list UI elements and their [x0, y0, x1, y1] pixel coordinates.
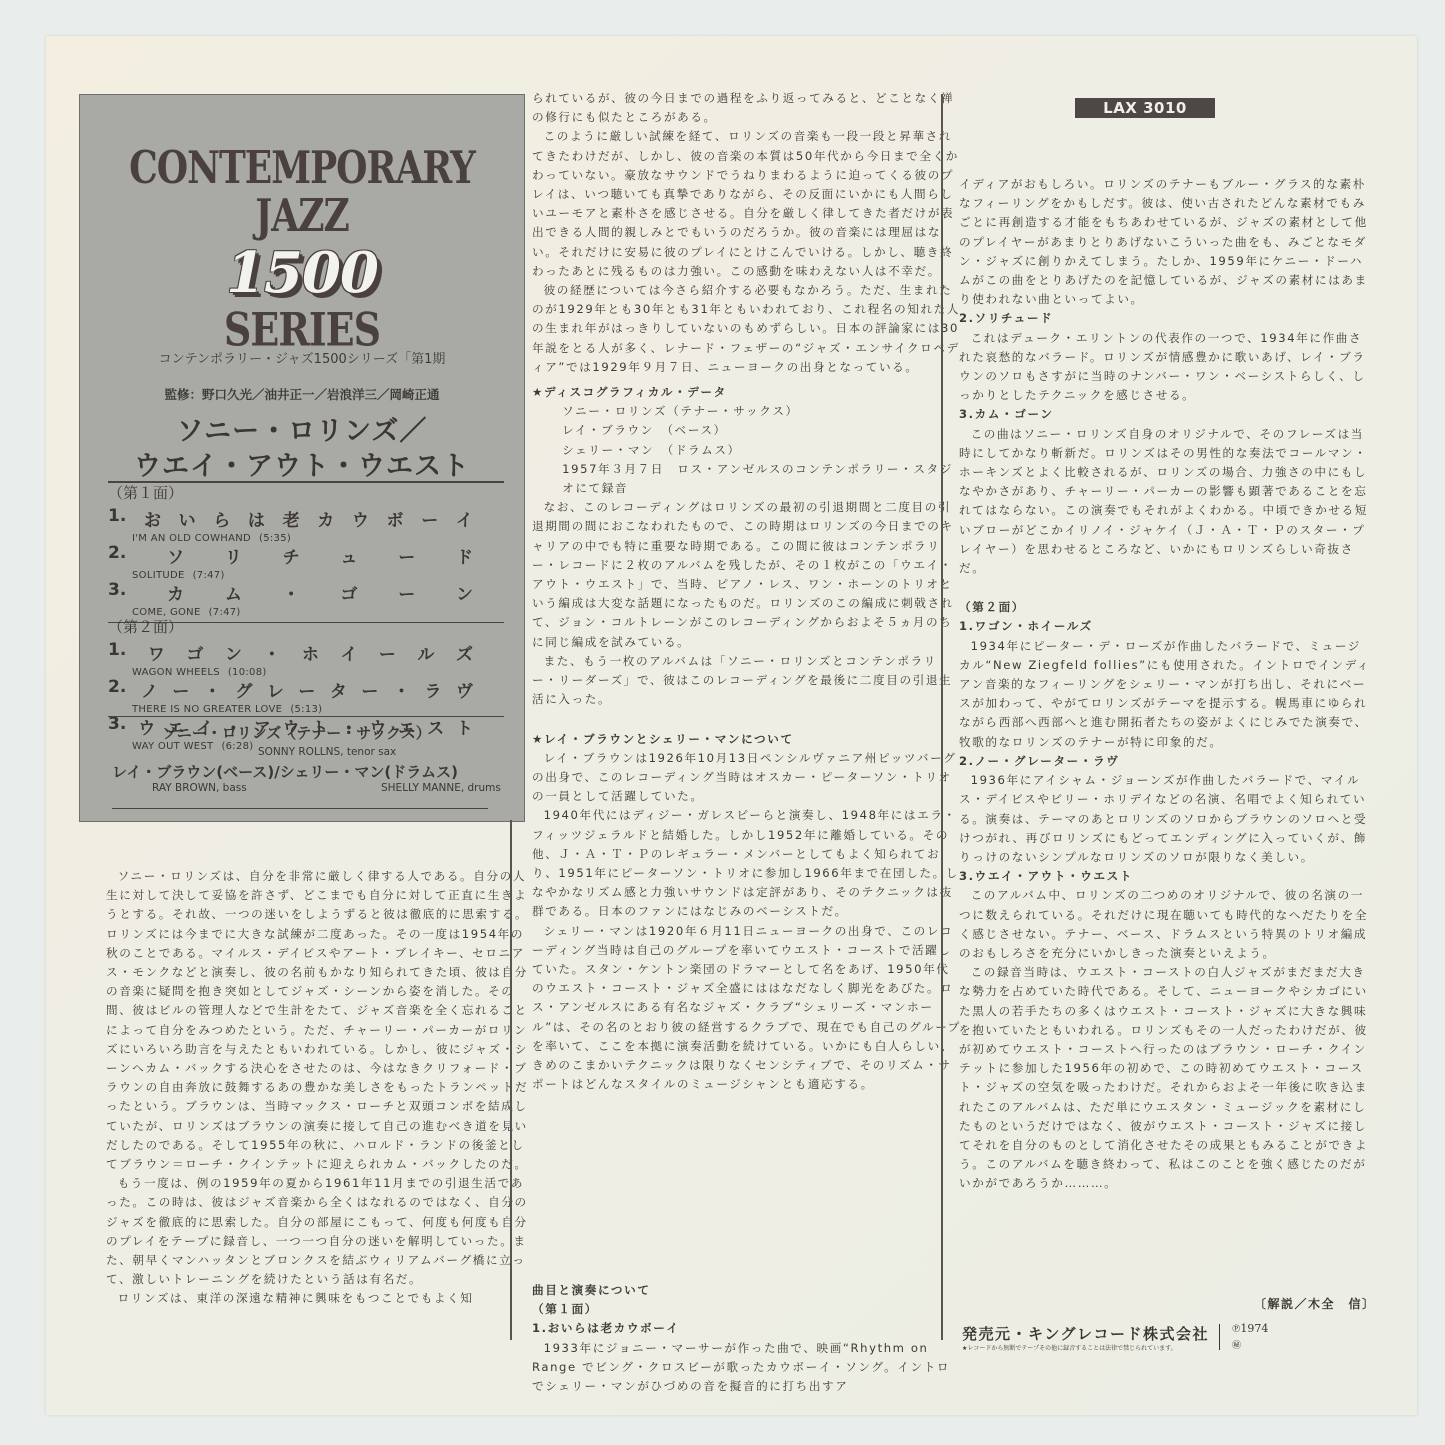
discography-heading: ★ディスコグラフィカル・データ	[532, 383, 962, 402]
track-title-char: ゴ	[186, 640, 203, 665]
personnel-leader-en: SONNY ROLLNS, tenor sax	[258, 746, 396, 758]
track-title-char: ソ	[167, 543, 184, 568]
track-title-char: タ	[330, 677, 347, 702]
track-title-jp: 1.ワゴン・ホイールズ	[108, 640, 473, 665]
track-title-jp: 1.おいらは老カウボーイ	[108, 506, 473, 531]
essay-paragraph: もう一度は、例の1959年の夏から1961年11月までの引退生活であった。この時…	[106, 1174, 531, 1289]
track-title-char: ゴ	[340, 580, 357, 605]
album-title-name: ウエイ・アウト・ウエスト	[80, 444, 524, 483]
supervisors: 監修：野口久光／油井正一／岩浪洋三／岡崎正通	[80, 385, 524, 403]
track-title-char: ウ	[352, 506, 369, 531]
discography-line: シェリー・マン （ドラムス）	[532, 441, 962, 460]
track-heading: 1.おいらは老カウボーイ	[532, 1319, 962, 1338]
track-item: 3.カム・ゴーンCOME, GONE(7:47)	[108, 580, 508, 618]
essay-paragraph: ロリンズは、東洋の深遠な精神に興味をもつことでもよく知	[106, 1289, 531, 1308]
essay-paragraph: なお、このレコーディングはロリンズの最初の引退期間と二度目の引退期間の間におこな…	[532, 498, 962, 652]
personnel-sidemen-jp: レイ・ブラウン(ベース)/シェリー・マン(ドラムス)	[112, 761, 458, 782]
track-title-char: ル	[417, 640, 434, 665]
track-title-char: ・	[263, 640, 280, 665]
track-title-char: ム	[225, 580, 242, 605]
track-commentary: 1936年にアイシャム・ジョーンズが作曲したバラードで、マイルス・デイビスやビリ…	[959, 771, 1373, 867]
tracks-heading: 曲目と演奏について	[532, 1281, 962, 1300]
track-title-char: イ	[456, 506, 473, 531]
track-commentary: これはデューク・エリントンの代表作の一つで、1934年に作曲された哀愁的なバラー…	[959, 329, 1373, 406]
personnel-drums-en: SHELLY MANNE, drums	[381, 782, 501, 794]
track-title-char: ト	[456, 714, 473, 739]
side-label: （第２面）	[108, 616, 183, 637]
series-japanese-name: コンテンポラリー・ジャズ1500シリーズ「第1期	[80, 348, 524, 367]
track-title-char: い	[179, 506, 196, 531]
essay-paragraph: また、もう一枚のアルバムは「ソニー・ロリンズとコンテンポラリー・リーダーズ」で、…	[532, 652, 962, 710]
series-logo-jazz: JAZZ	[80, 190, 524, 243]
track-title-jp: 2.ソリチュード	[108, 543, 473, 568]
divider	[108, 716, 504, 717]
essay-paragraph: ソニー・ロリンズは、自分を非常に厳しく律する人である。自分の人生に対して決して妥…	[106, 867, 531, 1174]
track-title-char: ー	[379, 640, 396, 665]
track-number: 2.	[108, 677, 126, 702]
discography-line: 1957年３月７日 ロス・アンゼルスのコンテンポラリー・スタジオにて録音	[532, 460, 962, 498]
copyright-notice: ★レコードから無断でテープその他に録音することは法律で禁じられています。	[962, 1343, 1177, 1352]
track-title-char: ホ	[302, 640, 319, 665]
track-title-char: ー	[172, 677, 189, 702]
publisher: 発売元・キングレコード株式会社	[962, 1323, 1209, 1344]
track-commentary: イディアがおもしろい。ロリンズのテナーもブルー・グラス的な素朴なフィーリングをか…	[959, 175, 1373, 309]
track-title-char: ・	[283, 580, 300, 605]
track-title-char: ラ	[424, 677, 441, 702]
sidemen-heading: ★レイ・ブラウンとシェリー・マンについて	[532, 730, 962, 749]
track-item: 2.ソリチュードSOLITUDE(7:47)	[108, 543, 508, 581]
track-title-char: ー	[361, 677, 378, 702]
track-title-char: ボ	[387, 506, 404, 531]
track-commentary: このアルバム中、ロリンズの二つめのオリジナルで、彼の名演の一つに数えられている。…	[959, 886, 1373, 963]
footer-divider	[1219, 1324, 1220, 1350]
essay-paragraph: 1940年代にはディジー・ガレスピーらと演奏し、1948年にはエラ・フィッツジェ…	[532, 806, 962, 921]
track-item: 2.ノー・グレーター・ラヴTHERE IS NO GREATER LOVE(5:…	[108, 677, 508, 715]
personnel-bass-en: RAY BROWN, bass	[152, 782, 247, 794]
track-heading: 3.ウエイ・アウト・ウエスト	[959, 867, 1373, 886]
personnel-leader-jp: ソニー・ロリンズ（テナー・サックス）	[162, 722, 431, 743]
track-title-jp: 2.ノー・グレーター・ラヴ	[108, 677, 473, 702]
tracks-commentary-start: 曲目と演奏について （第１面） 1.おいらは老カウボーイ 1933年にジョニー・…	[532, 1281, 962, 1396]
album-title-artist: ソニー・ロリンズ／	[80, 409, 524, 448]
commentary-credit: 〔解説／木全 信〕	[1254, 1295, 1376, 1312]
discography-line: レイ・ブラウン （ベース）	[532, 421, 962, 440]
track-title-char: ン	[456, 580, 473, 605]
track-title-char: ュ	[340, 543, 357, 568]
track-title-char: ー	[298, 677, 315, 702]
track-title-char: グ	[235, 677, 252, 702]
essay-paragraph: 彼の経歴については今さら紹介する必要もなかろう。ただ、生まれたのが1929年とも…	[532, 281, 962, 377]
track-title-char: リ	[225, 543, 242, 568]
track-title-char: レ	[267, 677, 284, 702]
track-title-char: カ	[317, 506, 334, 531]
essay-paragraph: られているが、彼の今日までの過程をふり返ってみると、どことなく禅の修行にも似たと…	[532, 89, 962, 127]
track-title-char: ヴ	[456, 677, 473, 702]
track-number: 2.	[108, 543, 126, 568]
track-commentary: この録音当時は、ウエスト・コーストの白人ジャズがまだまだ大きな勢力を占めていた時…	[959, 963, 1373, 1193]
track-item: 1.おいらは老カウボーイI'M AN OLD COWHAND(5:35)	[108, 506, 508, 544]
track-title-char: ー	[421, 506, 438, 531]
essay-paragraph: レイ・ブラウンは1926年10月13日ペンシルヴァニア州ピッツバーグの出身で、こ…	[532, 749, 962, 807]
track-title-char: ズ	[456, 640, 473, 665]
track-title-char: ー	[398, 543, 415, 568]
album-info-box: CONTEMPORARY JAZZ 1500 SERIES コンテンポラリー・ジ…	[79, 94, 525, 822]
track-heading: 1.ワゴン・ホイールズ	[959, 617, 1373, 636]
side-1-label: （第１面）	[532, 1300, 962, 1319]
column-divider	[941, 94, 943, 1340]
track-commentary: 1933年にジョニー・マーサーが作った曲で、映画“Rhythm on Range…	[532, 1339, 962, 1397]
liner-notes-sheet: CONTEMPORARY JAZZ 1500 SERIES コンテンポラリー・ジ…	[46, 36, 1417, 1415]
track-title-char: ウ	[138, 714, 155, 739]
track-heading: 3.カム・ゴーン	[959, 405, 1373, 424]
track-title-en: COME, GONE(7:47)	[132, 607, 508, 618]
track-commentary: 1934年にピーター・デ・ローズが作曲したバラードで、ミュージカル“New Zi…	[959, 637, 1373, 752]
track-duration: (7:47)	[209, 607, 241, 618]
track-number: 1.	[108, 506, 126, 531]
side-label: （第１面）	[108, 482, 183, 503]
track-title-char: ン	[225, 640, 242, 665]
track-title-char: ノ	[141, 677, 158, 702]
column-divider	[510, 820, 512, 1340]
essay-left-column: ソニー・ロリンズは、自分を非常に厳しく律する人である。自分の人生に対して決して妥…	[106, 867, 531, 1309]
track-title-char: ・	[393, 677, 410, 702]
track-title-char: ド	[456, 543, 473, 568]
track-item: 1.ワゴン・ホイールズWAGON WHEELS(10:08)	[108, 640, 508, 678]
essay-right-column: イディアがおもしろい。ロリンズのテナーもブルー・グラス的な素朴なフィーリングをか…	[959, 175, 1373, 1194]
track-title-char: は	[248, 506, 265, 531]
essay-middle-column: られているが、彼の今日までの過程をふり返ってみると、どことなく禅の修行にも似たと…	[532, 89, 962, 1094]
mark-icon: ㊙	[1232, 1338, 1241, 1351]
track-number: 3.	[108, 580, 126, 605]
essay-paragraph: このように厳しい試練を経て、ロリンズの音楽も一段一段と昇華されてきたわけだが、し…	[532, 127, 962, 281]
essay-paragraph: シェリー・マンは1920年６月11日ニューヨークの出身で、このレコーディング当時…	[532, 922, 962, 1095]
discography-line: ソニー・ロリンズ（テナー・サックス）	[532, 402, 962, 421]
track-heading: 2.ノー・グレーター・ラヴ	[959, 752, 1373, 771]
track-title-char: ー	[398, 580, 415, 605]
track-title-char: お	[144, 506, 161, 531]
series-logo-contemporary: CONTEMPORARY	[80, 142, 524, 195]
phonogram-year: ℗1974	[1232, 1322, 1268, 1335]
divider	[112, 808, 488, 809]
series-logo-1500: 1500	[80, 240, 524, 306]
side-2-label: （第２面）	[959, 598, 1373, 617]
track-title-char: ら	[213, 506, 230, 531]
track-number: 3.	[108, 714, 126, 739]
catalog-number: LAX 3010	[1075, 98, 1215, 118]
track-title-char: ・	[204, 677, 221, 702]
track-title-char: チ	[283, 543, 300, 568]
track-title-char: イ	[340, 640, 357, 665]
track-commentary: この曲はソニー・ロリンズ自身のオリジナルで、そのフレーズは当時にしてかなり斬新だ…	[959, 425, 1373, 579]
track-title-char: ワ	[148, 640, 165, 665]
track-title-char: カ	[167, 580, 184, 605]
track-number: 1.	[108, 640, 126, 665]
track-title-jp: 3.カム・ゴーン	[108, 580, 473, 605]
track-heading: 2.ソリチュード	[959, 309, 1373, 328]
track-title-char: 老	[283, 506, 300, 531]
